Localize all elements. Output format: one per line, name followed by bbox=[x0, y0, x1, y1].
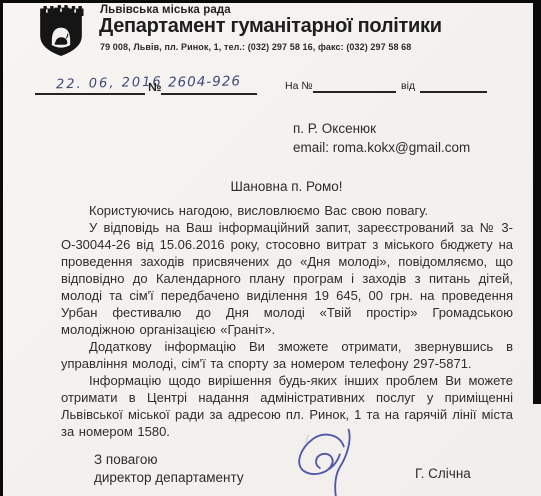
body-paragraph-1: Користуючись нагодою, висловлюємо Вас св… bbox=[61, 202, 513, 219]
salutation: Шановна п. Ромо! bbox=[60, 179, 513, 194]
number-underline bbox=[161, 93, 257, 95]
lviv-coat-of-arms-icon bbox=[36, 4, 86, 58]
handwritten-signature-icon bbox=[277, 424, 369, 496]
handwritten-date: 22. 06, 2016 bbox=[56, 75, 163, 93]
closing-block: З повагою директор департаменту bbox=[94, 451, 244, 487]
scan-edge-right bbox=[533, 0, 541, 404]
date-underline bbox=[35, 93, 145, 95]
body-paragraph-3: Додаткову інформацію Ви зможете отримати… bbox=[61, 338, 513, 372]
closing-line-1: З повагою bbox=[94, 451, 244, 469]
scanned-letter-page: Львівська міська рада Департамент гумані… bbox=[0, 0, 541, 496]
scan-edge-top bbox=[0, 0, 541, 3]
from-date-underline bbox=[420, 91, 487, 93]
addressee-name: п. Р. Оксенюк bbox=[293, 119, 470, 138]
handwritten-outgoing-number: 2604-926 bbox=[168, 73, 241, 90]
addressee-email: email: roma.kokx@gmail.com bbox=[293, 138, 470, 157]
body-paragraph-2: У відповідь на Ваш інформаційний запит, … bbox=[61, 219, 513, 338]
org-address-line: 79 008, Львів, пл. Ринок, 1, тел.: (032)… bbox=[100, 42, 411, 52]
addressee-block: п. Р. Оксенюк email: roma.kokx@gmail.com bbox=[293, 119, 470, 157]
from-date-label: від bbox=[401, 80, 415, 92]
signer-name: Г. Слічна bbox=[415, 466, 471, 481]
letter-body: Користуючись нагодою, висловлюємо Вас св… bbox=[61, 202, 513, 440]
org-name-line2: Департамент гуманітарної політики bbox=[99, 15, 442, 38]
number-sign-label: № bbox=[148, 80, 161, 94]
on-number-underline bbox=[313, 91, 396, 93]
on-number-label: На № bbox=[285, 80, 313, 92]
scan-edge-left bbox=[0, 0, 3, 496]
closing-line-2: директор департаменту bbox=[94, 469, 244, 487]
